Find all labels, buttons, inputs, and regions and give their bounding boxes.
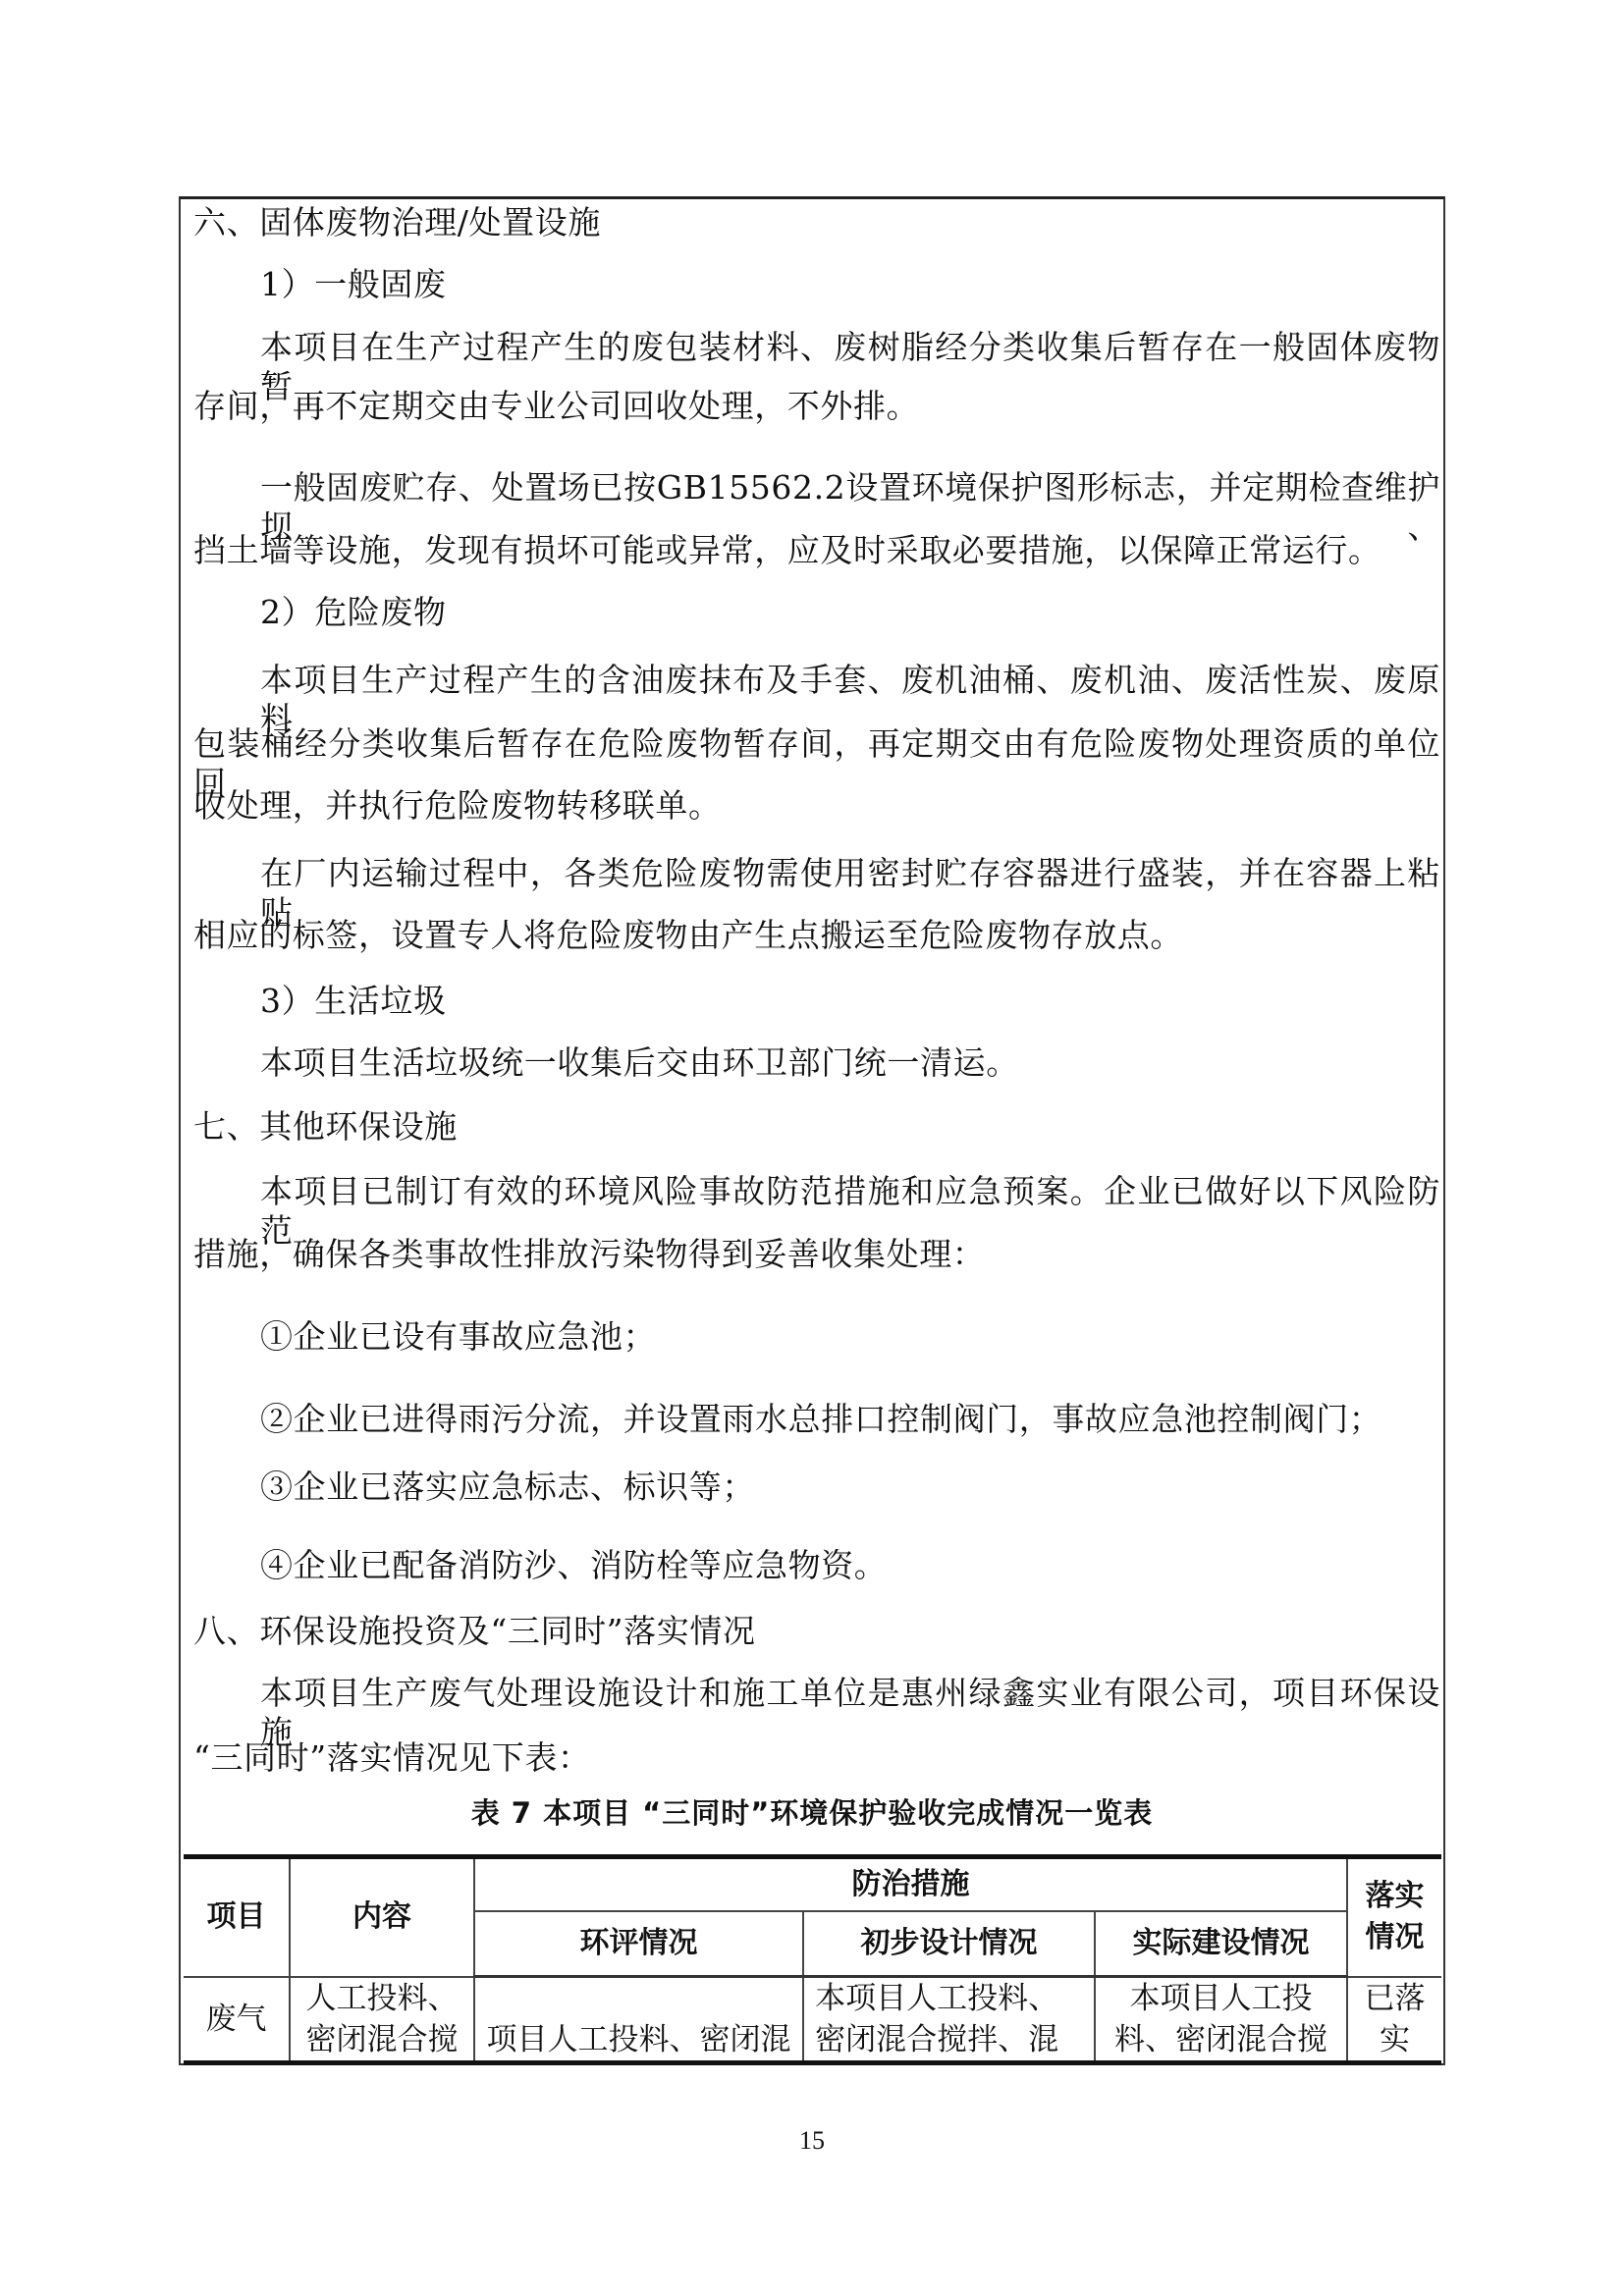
- header-implementation-label: 落实情况: [1363, 1876, 1428, 1958]
- header-measures: 防治措施: [474, 1857, 1347, 1912]
- page-number: 15: [766, 2126, 858, 2156]
- section-heading-7: 七、其他环保设施: [193, 1107, 1440, 1147]
- table-row: 废气 人工投料、密闭混合搅 项目人工投料、密闭混 本项目人工投料、密闭混合搅拌、…: [184, 1977, 1441, 2063]
- section-heading-8: 八、环保设施投资及“三同时”落实情况: [193, 1612, 1440, 1651]
- header-preliminary-design: 初步设计情况: [803, 1911, 1095, 1977]
- header-item: 项目: [184, 1857, 290, 1977]
- list-item: ③企业已落实应急标志、标识等；: [260, 1468, 1440, 1507]
- table-caption: 表 7 本项目 “三同时”环境保护验收完成情况一览表: [179, 1793, 1445, 1833]
- subsection-heading-hazardous-waste: 2）危险废物: [260, 593, 1440, 632]
- paragraph-line: 收处理，并执行危险废物转移联单。: [193, 786, 1440, 826]
- cell-eia: 项目人工投料、密闭混: [474, 1977, 803, 2063]
- cell-item: 废气: [184, 1977, 290, 2063]
- cell-actual-construction-text: 本项目人工投料、密闭混合搅: [1114, 1978, 1327, 2060]
- cell-preliminary-design: 本项目人工投料、密闭混合搅拌、混: [803, 1977, 1095, 2063]
- paragraph-line: 本项目生活垃圾统一收集后交由环卫部门统一清运。: [260, 1043, 1440, 1083]
- header-implementation: 落实情况: [1347, 1857, 1441, 1977]
- paragraph-line: 相应的标签，设置专人将危险废物由产生点搬运至危险废物存放点。: [193, 916, 1440, 955]
- cell-content-text: 人工投料、密闭混合搅: [306, 1978, 459, 2060]
- paragraph-line: 存间，再不定期交由专业公司回收处理，不外排。: [193, 387, 1440, 426]
- header-actual-construction: 实际建设情况: [1095, 1911, 1347, 1977]
- cell-actual-construction: 本项目人工投料、密闭混合搅: [1095, 1977, 1347, 2063]
- cell-eia-text: 项目人工投料、密闭混: [487, 2019, 791, 2060]
- three-simultaneous-table: 项目 内容 防治措施 落实情况 环评情况 初步设计情况 实际建设情况 废气 人工…: [184, 1854, 1441, 2065]
- header-eia: 环评情况: [474, 1911, 803, 1977]
- list-item: ②企业已进得雨污分流，并设置雨水总排口控制阀门，事故应急池控制阀门；: [260, 1400, 1440, 1439]
- subsection-heading-domestic-waste: 3）生活垃圾: [260, 982, 1440, 1021]
- paragraph-line: 挡土墙等设施，发现有损坏可能或异常，应及时采取必要措施，以保障正常运行。: [193, 531, 1440, 570]
- cell-implementation-text: 已落实: [1363, 1978, 1427, 2060]
- header-content: 内容: [290, 1857, 474, 1977]
- cell-implementation: 已落实: [1347, 1977, 1441, 2063]
- cell-preliminary-design-text: 本项目人工投料、密闭混合搅拌、混: [815, 1978, 1083, 2060]
- list-item: ④企业已配备消防沙、消防栓等应急物资。: [260, 1546, 1440, 1585]
- cell-content: 人工投料、密闭混合搅: [290, 1977, 474, 2063]
- paragraph-line: “三同时”落实情况见下表：: [193, 1738, 1440, 1778]
- cell-item-text: 废气: [206, 1999, 267, 2040]
- paragraph-line: 措施，确保各类事故性排放污染物得到妥善收集处理：: [193, 1235, 1440, 1274]
- list-item: ①企业已设有事故应急池；: [260, 1317, 1440, 1357]
- section-heading-6: 六、固体废物治理/处置设施: [193, 203, 1440, 242]
- subsection-heading-general-waste: 1）一般固废: [260, 265, 1440, 304]
